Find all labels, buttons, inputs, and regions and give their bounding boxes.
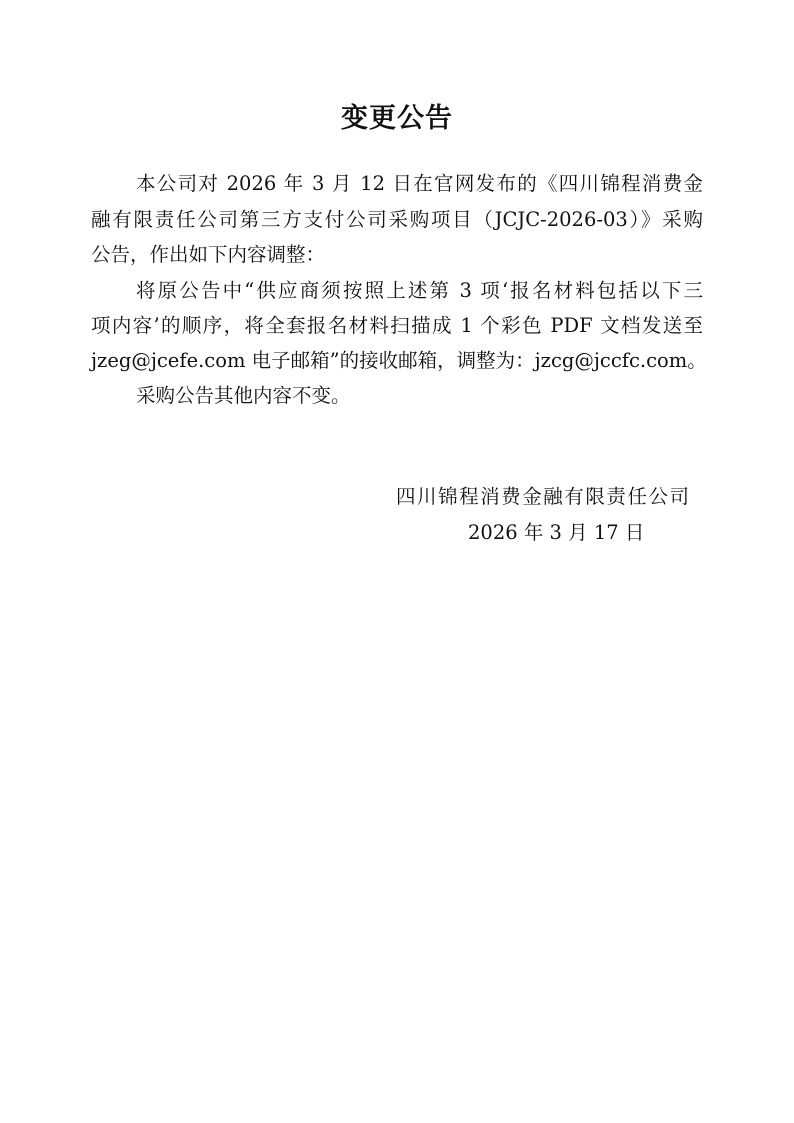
paragraph-3-line-1: 采购公告其他内容不变。: [136, 382, 351, 410]
paragraph-2-line-3: jzeg@jcefe.com 电子邮箱”的接收邮箱，调整为：jzcg@jccfc…: [91, 347, 703, 375]
paragraph-1-line-3: 公告，作出如下内容调整：: [91, 241, 325, 269]
page-title: 变更公告: [0, 96, 794, 135]
signature-company: 四川锦程消费金融有限责任公司: [396, 483, 689, 511]
paragraph-2-line-1: 将原公告中“供应商须按照上述第 3 项‘报名材料包括以下三: [136, 277, 703, 305]
signature-date: 2026 年 3 月 17 日: [468, 519, 644, 547]
paragraph-2-line-2: 项内容’的顺序，将全套报名材料扫描成 1 个彩色 PDF 文档发送至: [91, 312, 703, 340]
paragraph-1-line-2: 融有限责任公司第三方支付公司采购项目（JCJC-2026-03）》采购: [91, 206, 703, 234]
paragraph-1-line-1: 本公司对 2026 年 3 月 12 日在官网发布的《四川锦程消费金: [136, 170, 703, 198]
document-page: 变更公告 本公司对 2026 年 3 月 12 日在官网发布的《四川锦程消费金 …: [0, 0, 794, 1123]
